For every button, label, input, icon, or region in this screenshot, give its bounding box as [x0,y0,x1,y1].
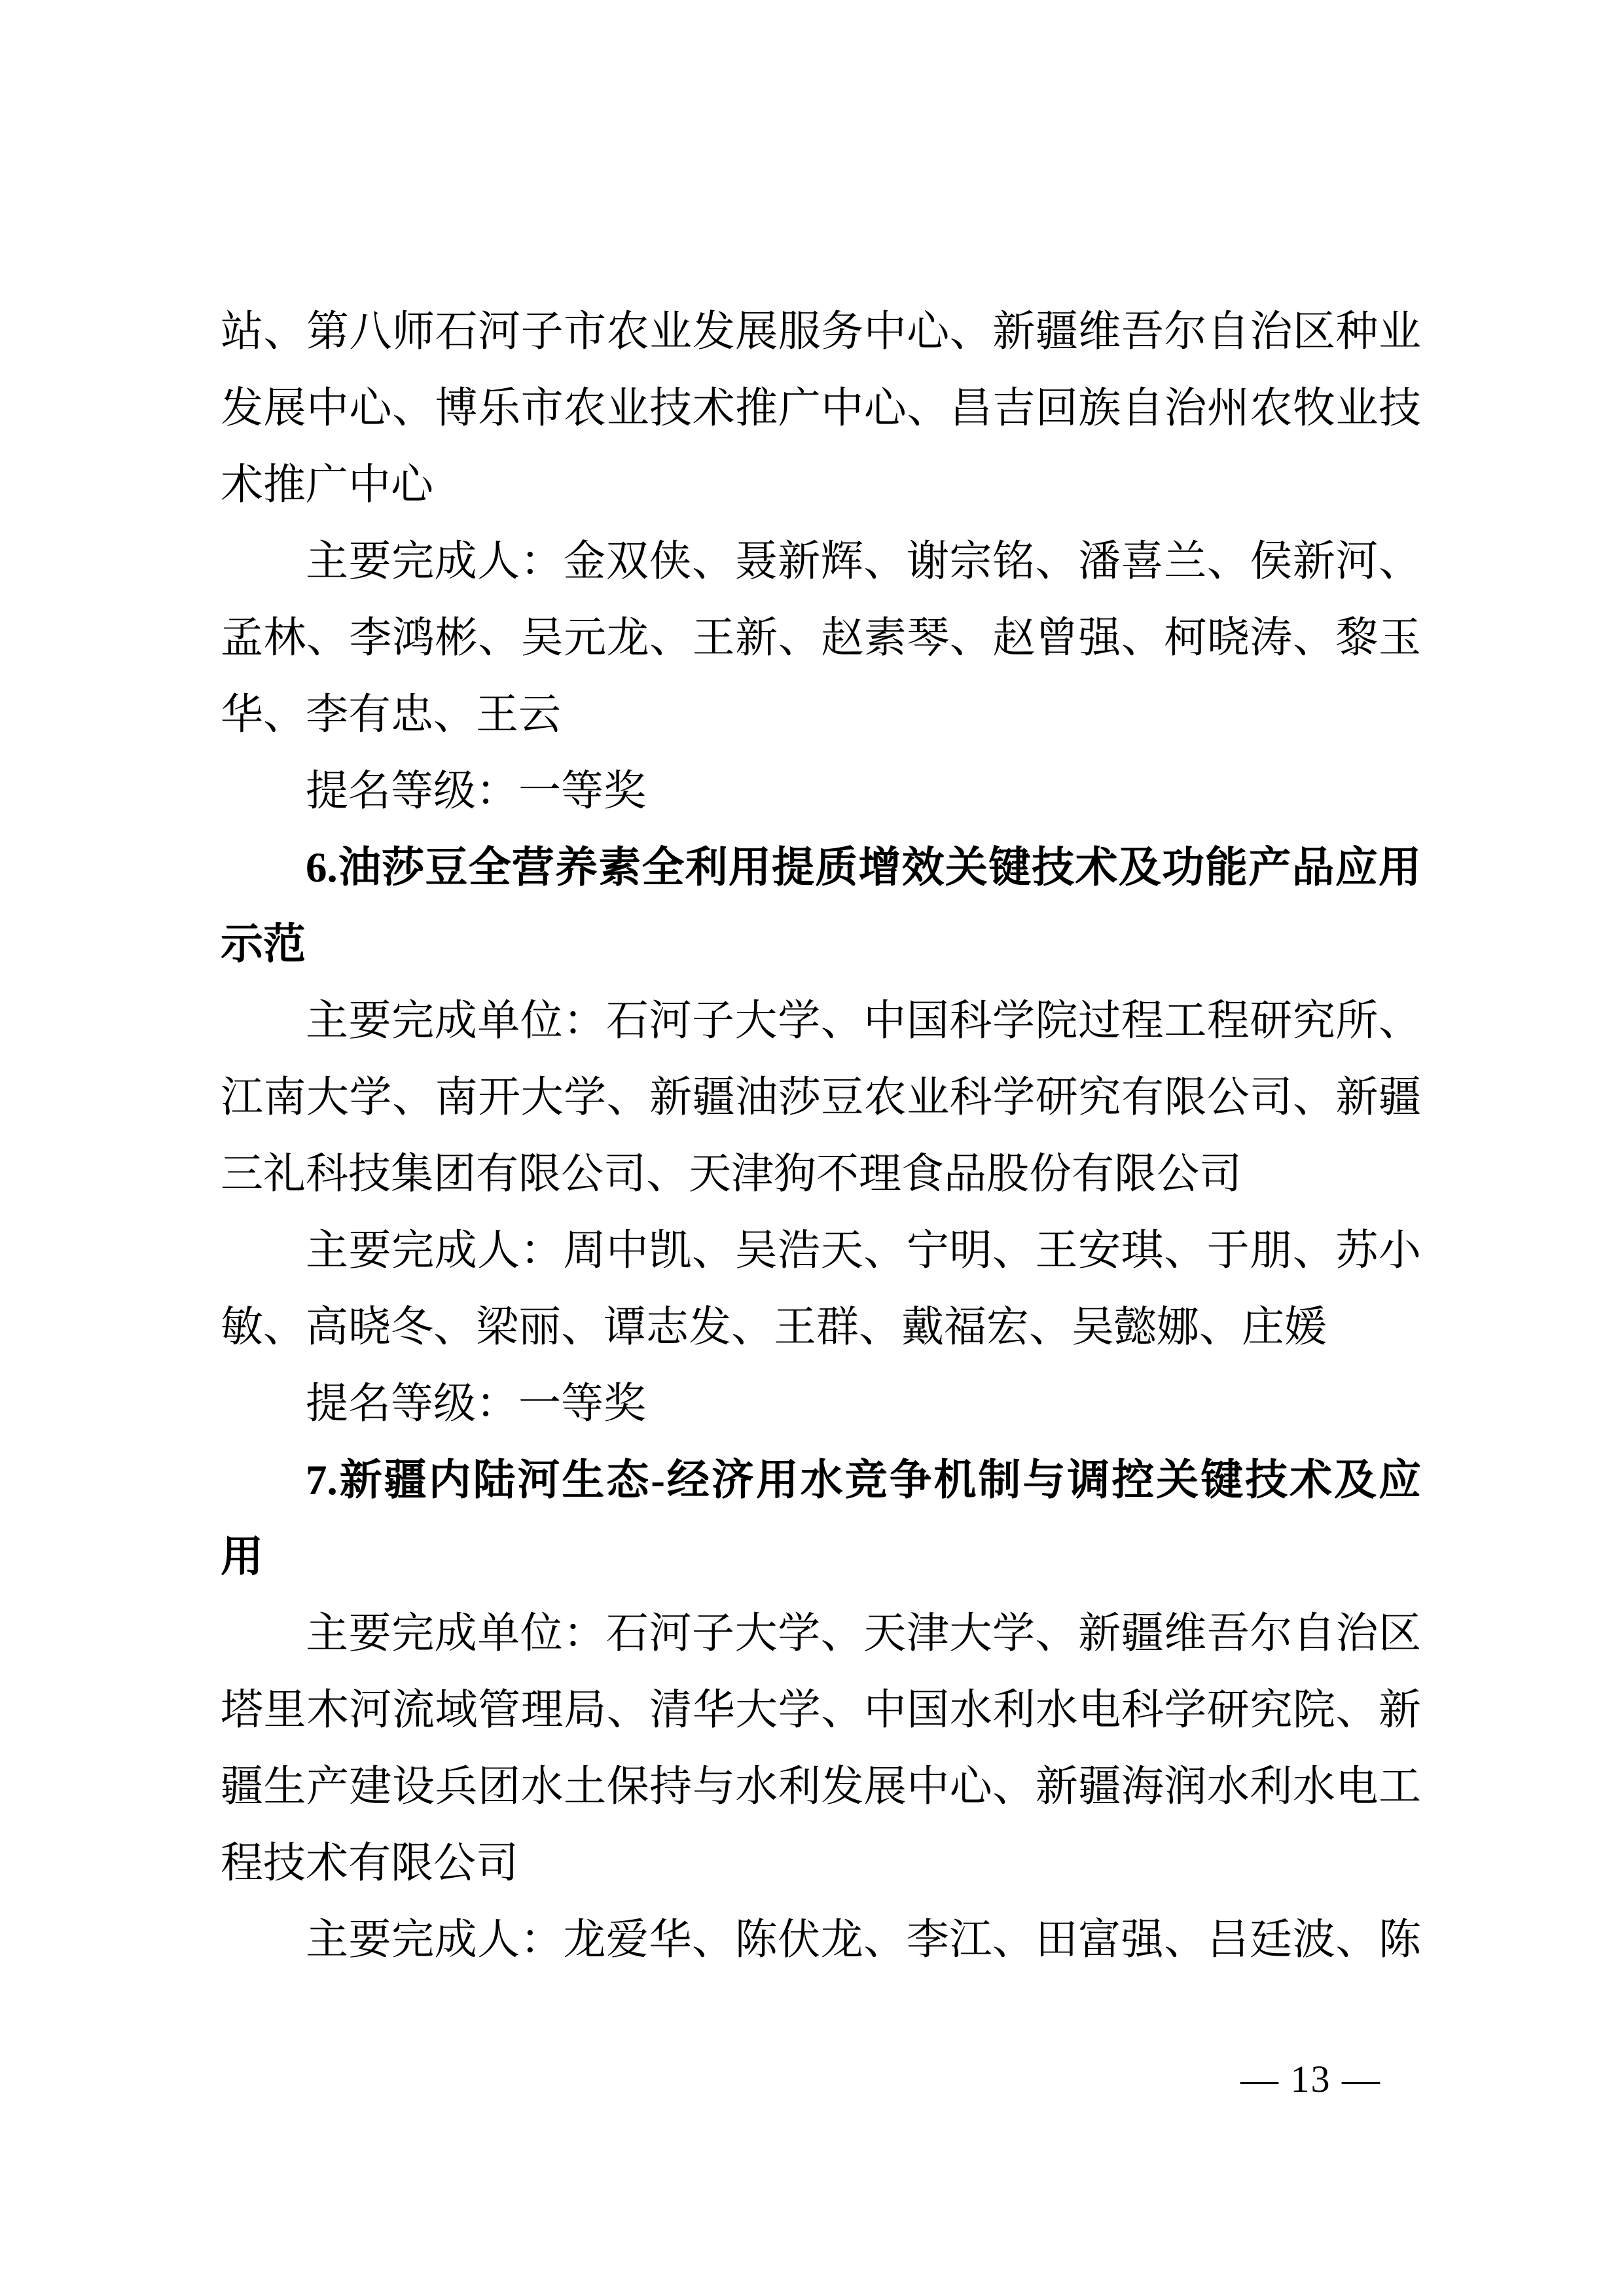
section-heading-line: 示范 [221,906,1421,983]
text-line: 发展中心、博乐市农业技术推广中心、昌吉回族自治州农牧业技 [221,370,1421,447]
text-line: 提名等级：一等奖 [221,753,1421,830]
text-line: 主要完成单位：石河子大学、天津大学、新疆维吾尔自治区 [221,1596,1421,1672]
text-line: 孟林、李鸿彬、吴元龙、王新、赵素琴、赵曾强、柯晓涛、黎玉 [221,600,1421,677]
text-line: 塔里木河流域管理局、清华大学、中国水利水电科学研究院、新 [221,1672,1421,1749]
text-line: 疆生产建设兵团水土保持与水利发展中心、新疆海润水利水电工 [221,1749,1421,1825]
text-line: 江南大学、南开大学、新疆油莎豆农业科学研究有限公司、新疆 [221,1060,1421,1136]
text-line: 站、第八师石河子市农业发展服务中心、新疆维吾尔自治区种业 [221,294,1421,370]
text-line: 主要完成单位：石河子大学、中国科学院过程工程研究所、 [221,983,1421,1060]
text-line: 华、李有忠、王云 [221,677,1421,753]
text-line: 主要完成人：周中凯、吴浩天、宁明、王安琪、于朋、苏小 [221,1213,1421,1289]
document-body: 站、第八师石河子市农业发展服务中心、新疆维吾尔自治区种业 发展中心、博乐市农业技… [221,294,1421,1979]
page-number: — 13 — [1240,2060,1381,2098]
section-heading-line: 用 [221,1519,1421,1596]
text-line: 术推广中心 [221,447,1421,524]
section-heading-line: 6.油莎豆全营养素全利用提质增效关键技术及功能产品应用 [221,830,1421,906]
text-line: 三礼科技集团有限公司、天津狗不理食品股份有限公司 [221,1136,1421,1213]
text-line: 主要完成人：龙爱华、陈伏龙、李江、田富强、吕廷波、陈 [221,1902,1421,1979]
document-page: 站、第八师石河子市农业发展服务中心、新疆维吾尔自治区种业 发展中心、博乐市农业技… [0,0,1624,2296]
text-line: 提名等级：一等奖 [221,1366,1421,1443]
section-heading-line: 7.新疆内陆河生态-经济用水竞争机制与调控关键技术及应 [221,1443,1421,1519]
text-line: 敏、高晓冬、梁丽、谭志发、王群、戴福宏、吴懿娜、庄媛 [221,1289,1421,1366]
text-line: 程技术有限公司 [221,1825,1421,1902]
text-line: 主要完成人：金双侠、聂新辉、谢宗铭、潘喜兰、侯新河、 [221,524,1421,600]
